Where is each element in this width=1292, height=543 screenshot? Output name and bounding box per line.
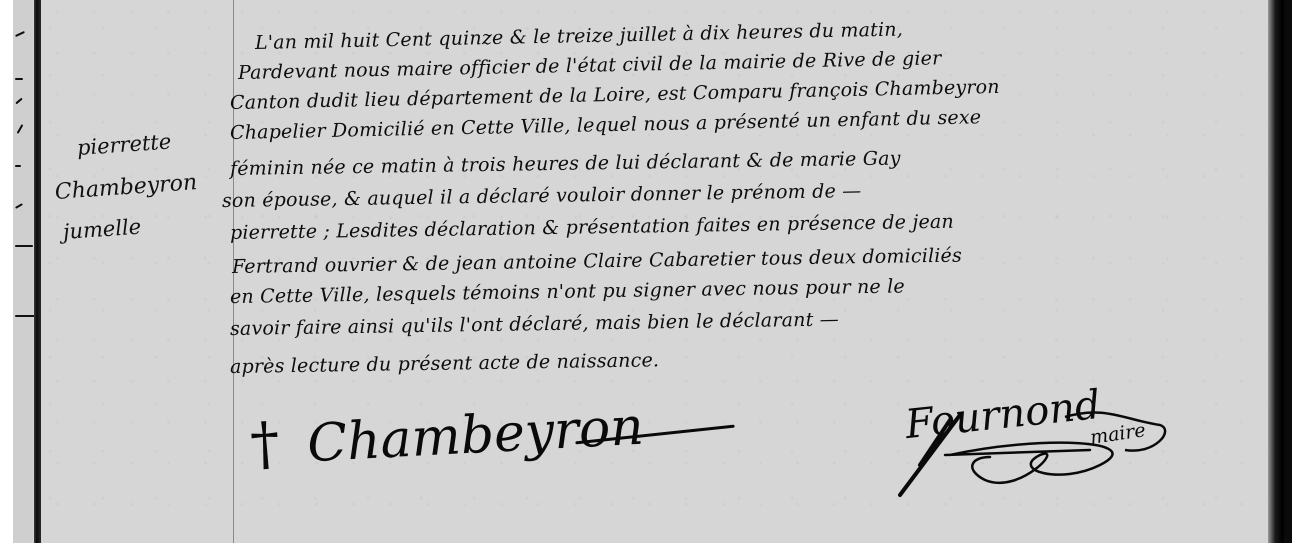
scan-border: [1284, 0, 1292, 543]
scanned-document: pierrette Chambeyron jumelle L'an mil hu…: [0, 0, 1292, 543]
ink-mark: [15, 203, 23, 209]
ink-mark: [15, 31, 25, 37]
ink-mark: [17, 124, 24, 134]
ink-mark: [15, 315, 35, 317]
ink-mark: [15, 165, 21, 167]
declarant-mark: †: [248, 409, 281, 478]
ink-mark: [15, 245, 33, 247]
previous-page-edge: [13, 0, 33, 543]
margin-twin-note: jumelle: [62, 217, 142, 243]
ink-mark: [15, 98, 22, 105]
ink-mark: [15, 78, 23, 80]
binding-gutter: [34, 0, 41, 543]
